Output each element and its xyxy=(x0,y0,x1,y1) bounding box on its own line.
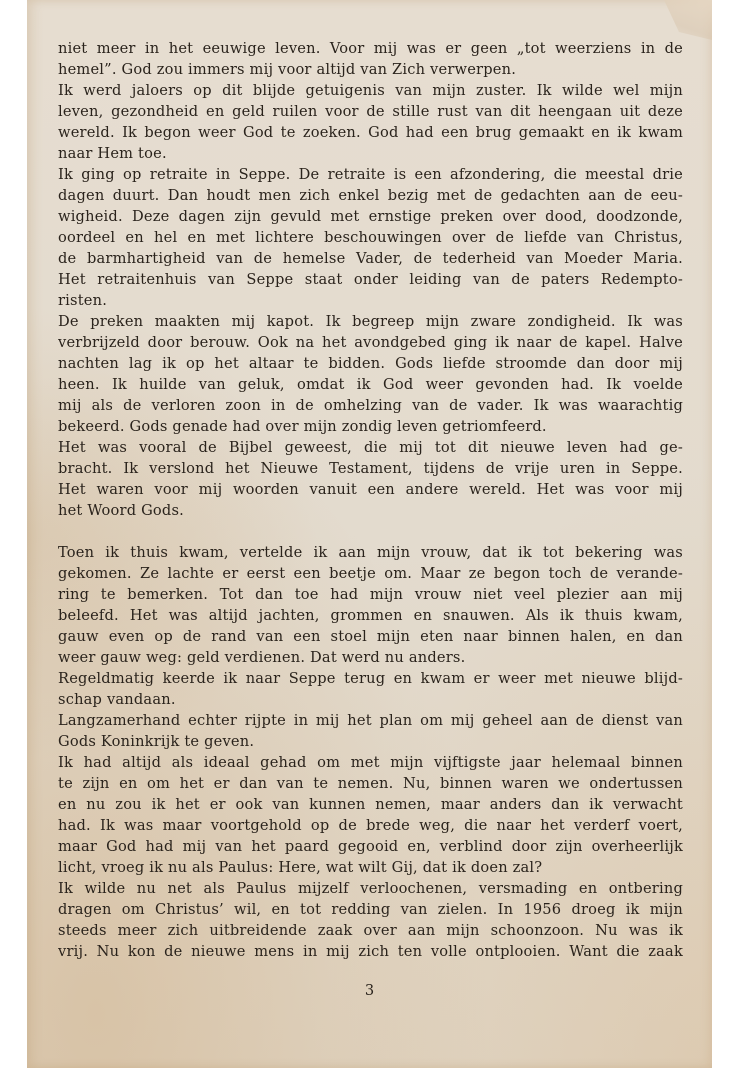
text-line: Ik werd jaloers op dit blijde getuigenis… xyxy=(58,80,683,101)
paragraph: Ik werd jaloers op dit blijde getuigenis… xyxy=(58,80,683,164)
paragraph: Langzamerhand echter rijpte in mij het p… xyxy=(58,710,683,752)
text-line: beleefd. Het was altijd jachten, grommen… xyxy=(58,605,683,626)
text-line: steeds meer zich uitbreidende zaak over … xyxy=(58,920,683,941)
text-line: risten. xyxy=(58,290,683,311)
text-line: schap vandaan. xyxy=(58,689,683,710)
paragraph: Ik had altijd als ideaal gehad om met mi… xyxy=(58,752,683,878)
text-line: naar Hem toe. xyxy=(58,143,683,164)
paragraph: Het was vooral de Bijbel geweest, die mi… xyxy=(58,437,683,521)
text-line: heen. Ik huilde van geluk, omdat ik God … xyxy=(58,374,683,395)
text-line: ring te bemerken. Tot dan toe had mijn v… xyxy=(58,584,683,605)
text-line: mij als de verloren zoon in de omhelzing… xyxy=(58,395,683,416)
page-number: 3 xyxy=(27,982,712,999)
text-line: Regeldmatig keerde ik naar Seppe terug e… xyxy=(58,668,683,689)
text-line: nachten lag ik op het altaar te bidden. … xyxy=(58,353,683,374)
paragraph: Regeldmatig keerde ik naar Seppe terug e… xyxy=(58,668,683,710)
text-line: vrij. Nu kon de nieuwe mens in mij zich … xyxy=(58,941,683,962)
paragraph: Ik ging op retraite in Seppe. De retrait… xyxy=(58,164,683,311)
text-line: gekomen. Ze lachte er eerst een beetje o… xyxy=(58,563,683,584)
text-line: te zijn en om het er dan van te nemen. N… xyxy=(58,773,683,794)
text-line: bracht. Ik verslond het Nieuwe Testament… xyxy=(58,458,683,479)
text-line: Het retraitenhuis van Seppe staat onder … xyxy=(58,269,683,290)
text-line: leven, gezondheid en geld ruilen voor de… xyxy=(58,101,683,122)
text-line: had. Ik was maar voortgehold op de brede… xyxy=(58,815,683,836)
paragraph: Toen ik thuis kwam, vertelde ik aan mijn… xyxy=(58,542,683,668)
paragraph: De preken maakten mij kapot. Ik begreep … xyxy=(58,311,683,437)
book-page: niet meer in het eeuwige leven. Voor mij… xyxy=(27,0,712,1068)
section-gap xyxy=(58,521,683,542)
text-line: wigheid. Deze dagen zijn gevuld met erns… xyxy=(58,206,683,227)
text-line: en nu zou ik het er ook van kunnen nemen… xyxy=(58,794,683,815)
text-line: oordeel en hel en met lichtere beschouwi… xyxy=(58,227,683,248)
text-line: Ik had altijd als ideaal gehad om met mi… xyxy=(58,752,683,773)
page-corner-fold xyxy=(652,0,712,40)
text-line: dagen duurt. Dan houdt men zich enkel be… xyxy=(58,185,683,206)
text-line: Het was vooral de Bijbel geweest, die mi… xyxy=(58,437,683,458)
text-line: hemel”. God zou immers mij voor altijd v… xyxy=(58,59,683,80)
paragraph: Ik wilde nu net als Paulus mijzelf verlo… xyxy=(58,878,683,962)
paragraph: niet meer in het eeuwige leven. Voor mij… xyxy=(58,38,683,80)
text-line: niet meer in het eeuwige leven. Voor mij… xyxy=(58,38,683,59)
text-line: Toen ik thuis kwam, vertelde ik aan mijn… xyxy=(58,542,683,563)
text-line: weer gauw weg: geld verdienen. Dat werd … xyxy=(58,647,683,668)
text-line: het Woord Gods. xyxy=(58,500,683,521)
text-line: gauw even op de rand van een stoel mijn … xyxy=(58,626,683,647)
text-line: wereld. Ik begon weer God te zoeken. God… xyxy=(58,122,683,143)
body-text: niet meer in het eeuwige leven. Voor mij… xyxy=(58,38,683,962)
text-line: Langzamerhand echter rijpte in mij het p… xyxy=(58,710,683,731)
text-line: Het waren voor mij woorden vanuit een an… xyxy=(58,479,683,500)
text-line: licht, vroeg ik nu als Paulus: Here, wat… xyxy=(58,857,683,878)
text-line: Gods Koninkrijk te geven. xyxy=(58,731,683,752)
text-line: maar God had mij van het paard gegooid e… xyxy=(58,836,683,857)
text-line: De preken maakten mij kapot. Ik begreep … xyxy=(58,311,683,332)
text-line: verbrijzeld door berouw. Ook na het avon… xyxy=(58,332,683,353)
text-line: de barmhartigheid van de hemelse Vader, … xyxy=(58,248,683,269)
text-line: dragen om Christus’ wil, en tot redding … xyxy=(58,899,683,920)
text-line: Ik ging op retraite in Seppe. De retrait… xyxy=(58,164,683,185)
text-line: bekeerd. Gods genade had over mijn zondi… xyxy=(58,416,683,437)
text-line: Ik wilde nu net als Paulus mijzelf verlo… xyxy=(58,878,683,899)
